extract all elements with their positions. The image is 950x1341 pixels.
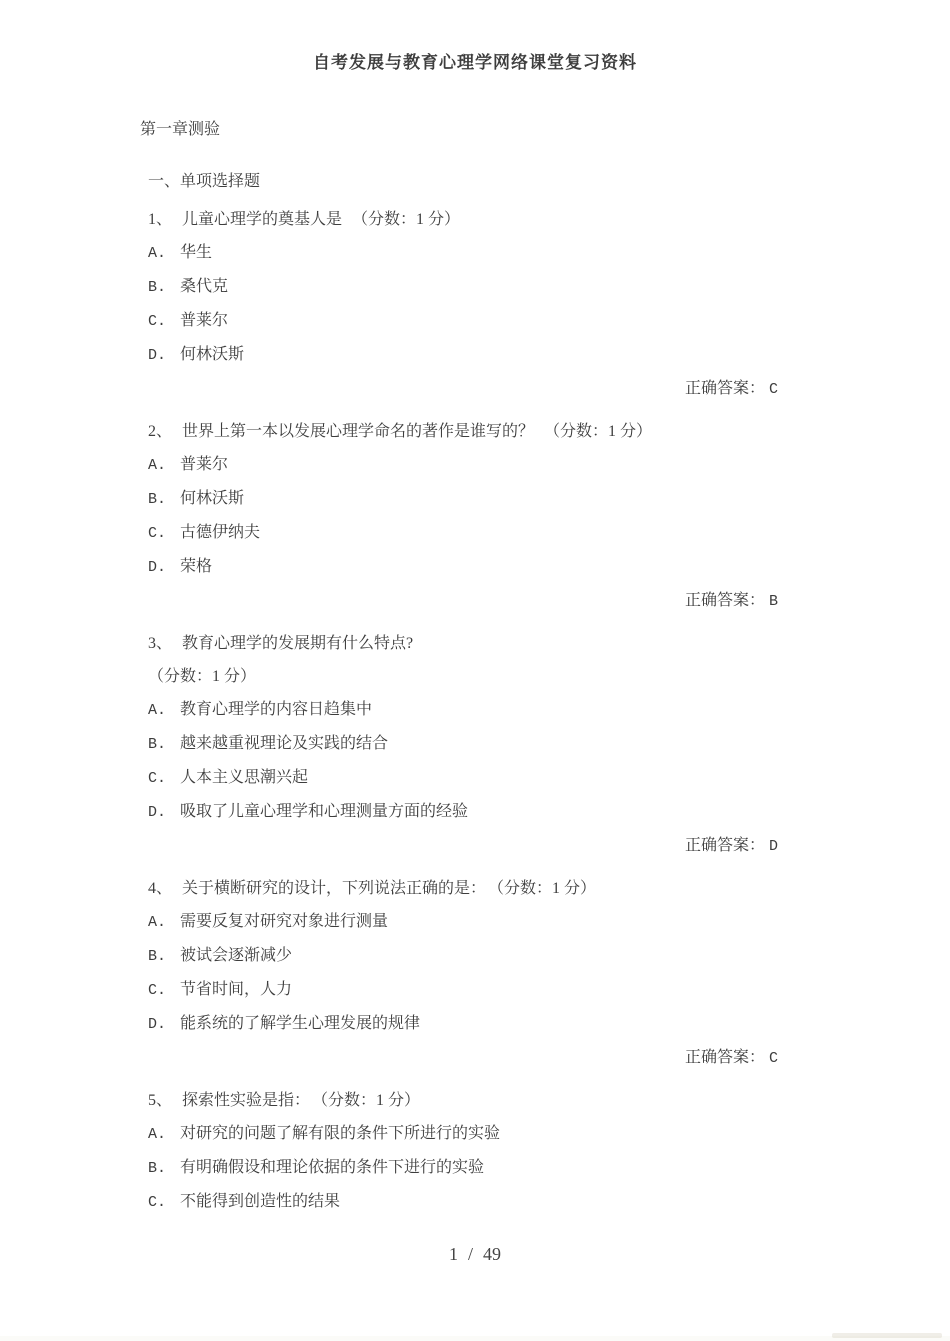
answer-prefix: 正确答案： bbox=[685, 1049, 765, 1066]
answer-prefix: 正确答案： bbox=[685, 592, 765, 609]
option-line: C.古德伊纳夫 bbox=[148, 524, 950, 543]
option-text: 需要反复对研究对象进行测量 bbox=[180, 913, 388, 930]
option-label: A. bbox=[148, 1126, 180, 1144]
section-heading: 一、单项选择题 bbox=[148, 173, 950, 191]
option-label: B. bbox=[148, 736, 180, 754]
option-text: 荣格 bbox=[180, 558, 212, 575]
option-line: D.荣格 bbox=[148, 558, 950, 577]
option-line: C.节省时间，人力 bbox=[148, 981, 950, 1000]
option-label: A. bbox=[148, 914, 180, 932]
question-block: 5、探索性实验是指：（分数：1 分） A.对研究的问题了解有限的条件下所进行的实… bbox=[148, 1092, 950, 1212]
question-number: 4、 bbox=[148, 880, 182, 898]
option-line: B.越来越重视理论及实践的结合 bbox=[148, 735, 950, 754]
question-score-inline: （分数：1 分） bbox=[544, 423, 652, 440]
question-number: 2、 bbox=[148, 423, 182, 441]
option-text: 被试会逐渐减少 bbox=[180, 947, 292, 964]
option-line: A.普莱尔 bbox=[148, 456, 950, 475]
answer-prefix: 正确答案： bbox=[685, 837, 765, 854]
option-label: C. bbox=[148, 982, 180, 1000]
question-number: 1、 bbox=[148, 211, 182, 229]
option-label: C. bbox=[148, 1194, 180, 1212]
option-text: 古德伊纳夫 bbox=[180, 524, 260, 541]
option-label: C. bbox=[148, 525, 180, 543]
option-text: 桑代克 bbox=[180, 278, 228, 295]
option-label: D. bbox=[148, 804, 180, 822]
option-text: 节省时间，人力 bbox=[180, 981, 292, 998]
page-number-separator: / bbox=[468, 1244, 473, 1264]
answer-letter: C bbox=[769, 381, 778, 398]
option-line: C.人本主义思潮兴起 bbox=[148, 769, 950, 788]
option-line: C.普莱尔 bbox=[148, 312, 950, 331]
option-line: B.何林沃斯 bbox=[148, 490, 950, 509]
option-line: A.华生 bbox=[148, 244, 950, 263]
option-text: 有明确假设和理论依据的条件下进行的实验 bbox=[180, 1159, 484, 1176]
question-line: 5、探索性实验是指：（分数：1 分） bbox=[148, 1092, 950, 1110]
question-text: 探索性实验是指： bbox=[182, 1092, 310, 1109]
question-block: 4、关于横断研究的设计，下列说法正确的是：（分数：1 分） A.需要反复对研究对… bbox=[148, 880, 950, 1068]
option-list: A.普莱尔 B.何林沃斯 C.古德伊纳夫 D.荣格 bbox=[148, 456, 950, 577]
answer-letter: C bbox=[769, 1050, 778, 1067]
option-label: A. bbox=[148, 245, 180, 263]
option-list: A.对研究的问题了解有限的条件下所进行的实验 B.有明确假设和理论依据的条件下进… bbox=[148, 1125, 950, 1212]
option-label: C. bbox=[148, 313, 180, 331]
option-text: 华生 bbox=[180, 244, 212, 261]
page-number-current: 1 bbox=[449, 1244, 458, 1264]
answer-line: 正确答案：B bbox=[148, 592, 802, 611]
page-footer: 1/49 bbox=[0, 1244, 950, 1264]
answer-prefix: 正确答案： bbox=[685, 380, 765, 397]
answer-letter: B bbox=[769, 593, 778, 610]
question-block: 2、世界上第一本以发展心理学命名的著作是谁写的？（分数：1 分） A.普莱尔 B… bbox=[148, 423, 950, 611]
question-number: 5、 bbox=[148, 1092, 182, 1110]
option-text: 普莱尔 bbox=[180, 456, 228, 473]
option-text: 能系统的了解学生心理发展的规律 bbox=[180, 1015, 420, 1032]
option-label: B. bbox=[148, 1160, 180, 1178]
option-line: A.需要反复对研究对象进行测量 bbox=[148, 913, 950, 932]
question-line: 4、关于横断研究的设计，下列说法正确的是：（分数：1 分） bbox=[148, 880, 950, 898]
question-list: 1、儿童心理学的奠基人是（分数：1 分） A.华生 B.桑代克 C.普莱尔 D.… bbox=[148, 211, 950, 1212]
option-label: D. bbox=[148, 559, 180, 577]
option-label: A. bbox=[148, 457, 180, 475]
question-block: 1、儿童心理学的奠基人是（分数：1 分） A.华生 B.桑代克 C.普莱尔 D.… bbox=[148, 211, 950, 399]
document-page: 自考发展与教育心理学网络课堂复习资料 第一章测验 一、单项选择题 1、儿童心理学… bbox=[0, 0, 950, 1341]
option-line: B.桑代克 bbox=[148, 278, 950, 297]
option-line: D.能系统的了解学生心理发展的规律 bbox=[148, 1015, 950, 1034]
option-label: D. bbox=[148, 1016, 180, 1034]
question-score-line: （分数：1 分） bbox=[148, 668, 950, 686]
question-number: 3、 bbox=[148, 635, 182, 653]
option-text: 对研究的问题了解有限的条件下所进行的实验 bbox=[180, 1125, 500, 1142]
option-text: 普莱尔 bbox=[180, 312, 228, 329]
option-line: D.何林沃斯 bbox=[148, 346, 950, 365]
question-block: 3、教育心理学的发展期有什么特点? （分数：1 分） A.教育心理学的内容日趋集… bbox=[148, 635, 950, 856]
option-text: 何林沃斯 bbox=[180, 490, 244, 507]
option-text: 不能得到创造性的结果 bbox=[180, 1193, 340, 1210]
answer-line: 正确答案：C bbox=[148, 380, 802, 399]
option-text: 越来越重视理论及实践的结合 bbox=[180, 735, 388, 752]
answer-letter: D bbox=[769, 838, 778, 855]
question-text: 世界上第一本以发展心理学命名的著作是谁写的？ bbox=[182, 423, 534, 440]
option-line: D.吸取了儿童心理学和心理测量方面的经验 bbox=[148, 803, 950, 822]
bottom-strip bbox=[0, 1336, 950, 1341]
option-label: C. bbox=[148, 770, 180, 788]
option-label: D. bbox=[148, 347, 180, 365]
question-text: 教育心理学的发展期有什么特点? bbox=[182, 635, 413, 652]
watermark-remnant bbox=[832, 1333, 942, 1338]
option-label: A. bbox=[148, 702, 180, 720]
question-text: 关于横断研究的设计，下列说法正确的是： bbox=[182, 880, 486, 897]
option-line: A.教育心理学的内容日趋集中 bbox=[148, 701, 950, 720]
option-list: A.需要反复对研究对象进行测量 B.被试会逐渐减少 C.节省时间，人力 D.能系… bbox=[148, 913, 950, 1034]
option-list: A.华生 B.桑代克 C.普莱尔 D.何林沃斯 bbox=[148, 244, 950, 365]
option-line: C.不能得到创造性的结果 bbox=[148, 1193, 950, 1212]
question-score-inline: （分数：1 分） bbox=[320, 1092, 420, 1109]
answer-line: 正确答案：C bbox=[148, 1049, 802, 1068]
chapter-heading: 第一章测验 bbox=[140, 121, 950, 139]
option-label: B. bbox=[148, 948, 180, 966]
option-text: 吸取了儿童心理学和心理测量方面的经验 bbox=[180, 803, 468, 820]
question-line: 2、世界上第一本以发展心理学命名的著作是谁写的？（分数：1 分） bbox=[148, 423, 950, 441]
option-text: 人本主义思潮兴起 bbox=[180, 769, 308, 786]
option-list: A.教育心理学的内容日趋集中 B.越来越重视理论及实践的结合 C.人本主义思潮兴… bbox=[148, 701, 950, 822]
option-text: 何林沃斯 bbox=[180, 346, 244, 363]
document-title: 自考发展与教育心理学网络课堂复习资料 bbox=[0, 0, 950, 73]
option-line: A.对研究的问题了解有限的条件下所进行的实验 bbox=[148, 1125, 950, 1144]
question-line: 1、儿童心理学的奠基人是（分数：1 分） bbox=[148, 211, 950, 229]
option-text: 教育心理学的内容日趋集中 bbox=[180, 701, 372, 718]
question-text: 儿童心理学的奠基人是 bbox=[182, 211, 342, 228]
page-number-total: 49 bbox=[483, 1244, 501, 1264]
option-line: B.被试会逐渐减少 bbox=[148, 947, 950, 966]
option-line: B.有明确假设和理论依据的条件下进行的实验 bbox=[148, 1159, 950, 1178]
option-label: B. bbox=[148, 279, 180, 297]
answer-line: 正确答案：D bbox=[148, 837, 802, 856]
question-score-inline: （分数：1 分） bbox=[496, 880, 596, 897]
option-label: B. bbox=[148, 491, 180, 509]
question-score-inline: （分数：1 分） bbox=[352, 211, 460, 228]
question-line: 3、教育心理学的发展期有什么特点? bbox=[148, 635, 950, 653]
